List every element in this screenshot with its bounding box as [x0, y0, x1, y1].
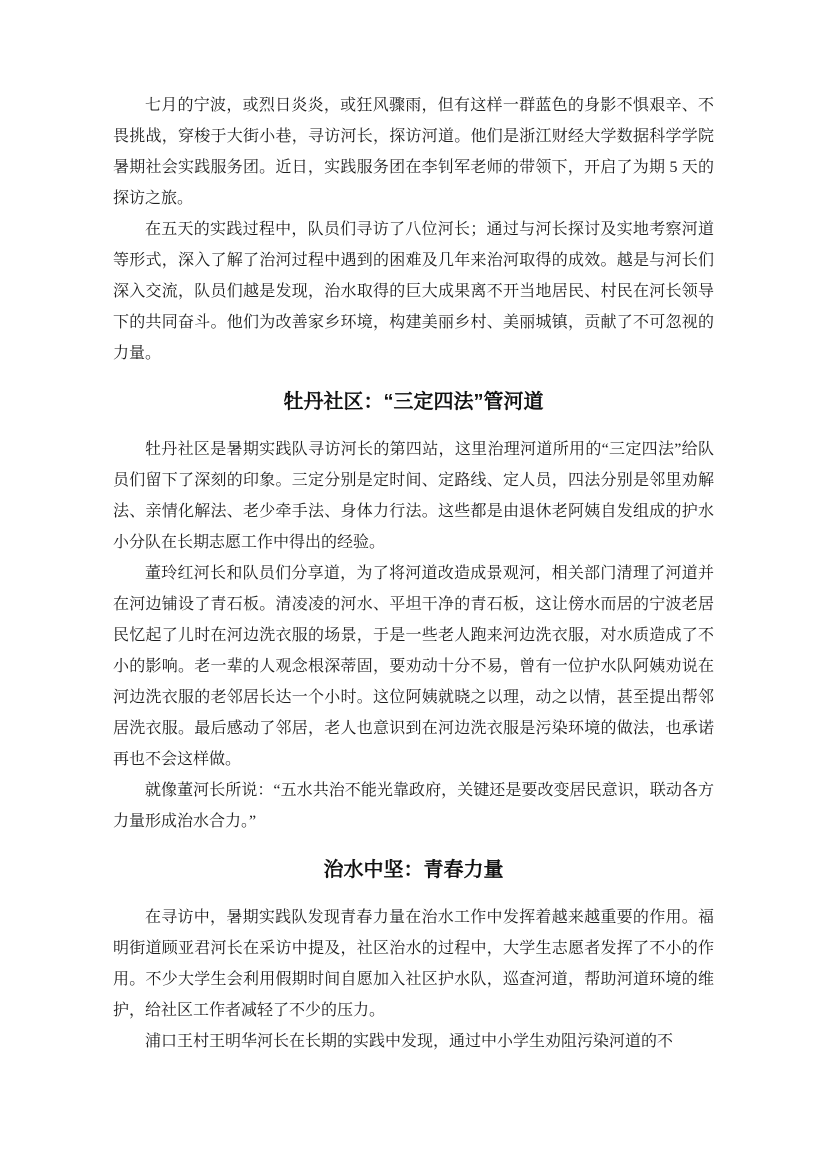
- paragraph-mudan-methods: 牡丹社区是暑期实践队寻访河长的第四站，这里治理河道所用的“三定四法”给队员们留下…: [113, 434, 714, 558]
- paragraph-youth-volunteers: 在寻访中，暑期实践队发现青春力量在治水工作中发挥着越来越重要的作用。福明街道顾亚…: [113, 902, 714, 1026]
- paragraph-dong-quote: 就像董河长所说：“五水共治不能光靠政府，关键还是要改变居民意识，联动各方力量形成…: [113, 775, 714, 837]
- paragraph-dong-linghong-story: 董玲红河长和队员们分享道，为了将河道改造成景观河，相关部门清理了河道并在河边铺设…: [113, 558, 714, 775]
- document-content: 七月的宁波，或烈日炎炎，或狂风骤雨，但有这样一群蓝色的身影不惧艰辛、不畏挑战，穿…: [113, 90, 714, 1057]
- paragraph-intro: 七月的宁波，或烈日炎炎，或狂风骤雨，但有这样一群蓝色的身影不惧艰辛、不畏挑战，穿…: [113, 90, 714, 214]
- section-heading-mudan-community: 牡丹社区：“三定四法”管河道: [113, 387, 714, 418]
- document-page: 七月的宁波，或烈日炎炎，或狂风骤雨，但有这样一群蓝色的身影不惧艰辛、不畏挑战，穿…: [0, 0, 827, 1169]
- paragraph-practice-summary: 在五天的实践过程中，队员们寻访了八位河长；通过与河长探讨及实地考察河道等形式，深…: [113, 214, 714, 369]
- paragraph-pukou-wangcun: 浦口王村王明华河长在长期的实践中发现，通过中小学生劝阻污染河道的不: [113, 1026, 714, 1057]
- section-heading-youth-power: 治水中坚：青春力量: [113, 855, 714, 886]
